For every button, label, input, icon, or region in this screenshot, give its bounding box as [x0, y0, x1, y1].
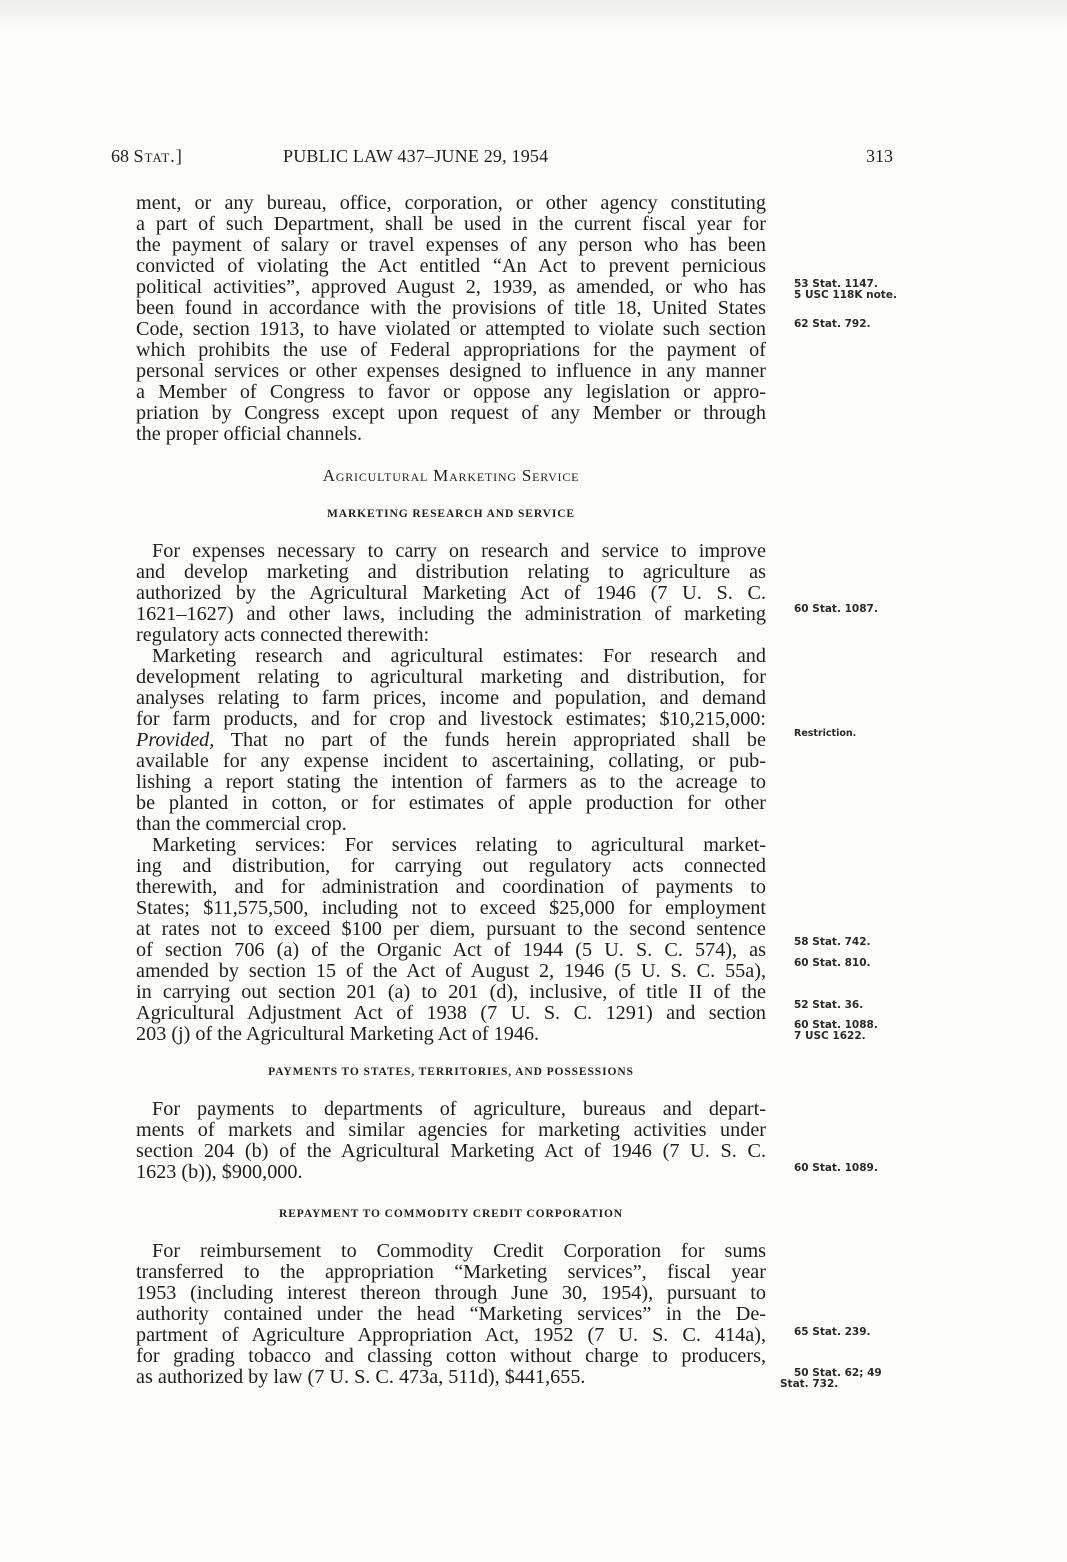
public-law-title: PUBLIC LAW 437–JUNE 29, 1954	[283, 146, 548, 167]
text-line: ment, or any bureau, office, corporation…	[136, 193, 766, 214]
margin-note-citation: 60 Stat. 1089.	[794, 1163, 878, 1174]
margin-note-citation: 58 Stat. 742.	[794, 937, 871, 948]
page-number: 313	[866, 146, 893, 167]
text-line: the payment of salary or travel expenses…	[136, 235, 766, 256]
section-heading-marketing-research: MARKETING RESEARCH AND SERVICE	[136, 508, 766, 520]
margin-note-citation: 50 Stat. 62; 49 Stat. 732.	[780, 1368, 882, 1390]
margin-note-restriction: Restriction.	[794, 728, 856, 739]
text-line: political activities”, approved August 2…	[136, 277, 766, 298]
text-line: States; $11,575,500, including not to ex…	[136, 898, 766, 919]
scan-edge-shadow	[0, 0, 1067, 30]
text-line: section 204 (b) of the Agricultural Mark…	[136, 1141, 766, 1162]
text-line: available for any expense incident to as…	[136, 751, 766, 772]
text-line: a part of such Department, shall be used…	[136, 214, 766, 235]
text-line: 1621–1627) and other laws, including the…	[136, 604, 766, 625]
text-line: 203 (j) of the Agricultural Marketing Ac…	[136, 1024, 766, 1045]
text-line: been found in accordance with the provis…	[136, 298, 766, 319]
text-line: ing and distribution, for carrying out r…	[136, 856, 766, 877]
text-line: than the commercial crop.	[136, 814, 766, 835]
text-line: authority contained under the head “Mark…	[136, 1304, 766, 1325]
running-head: 68 Stat.] PUBLIC LAW 437–JUNE 29, 1954 3…	[0, 146, 1067, 172]
text-line: for grading tobacco and classing cotton …	[136, 1346, 766, 1367]
margin-note-citation: 60 Stat. 1087.	[794, 604, 878, 615]
text-line: the proper official channels.	[136, 424, 766, 445]
section-heading-payments-to-states: PAYMENTS TO STATES, TERRITORIES, AND POS…	[136, 1066, 766, 1078]
text-line: therewith, and for administration and co…	[136, 877, 766, 898]
provided-italic: Provided,	[136, 729, 214, 751]
margin-note-citation: 62 Stat. 792.	[794, 319, 871, 330]
text-line: For payments to departments of agricultu…	[152, 1099, 766, 1120]
text-line: development relating to agricultural mar…	[136, 667, 766, 688]
text-line-provided: Provided, That no part of the funds here…	[136, 730, 766, 751]
text-line: lishing a report stating the intention o…	[136, 772, 766, 793]
text-line: priation by Congress except upon request…	[136, 403, 766, 424]
margin-note-citation: 60 Stat. 1088. 7 USC 1622.	[794, 1020, 878, 1042]
text-line: ments of markets and similar agencies fo…	[136, 1120, 766, 1141]
text-line: Agricultural Adjustment Act of 1938 (7 U…	[136, 1003, 766, 1024]
text-line: 1953 (including interest thereon through…	[136, 1283, 766, 1304]
text-line: personal services or other expenses desi…	[136, 361, 766, 382]
margin-note-citation: 53 Stat. 1147. 5 USC 118K note.	[794, 279, 897, 301]
agency-heading: Agricultural Marketing Service	[136, 466, 766, 486]
section-heading-repayment-ccc: REPAYMENT TO COMMODITY CREDIT CORPORATIO…	[136, 1208, 766, 1220]
text-line: authorized by the Agricultural Marketing…	[136, 583, 766, 604]
text-line: For expenses necessary to carry on resea…	[152, 541, 766, 562]
text-line: Marketing research and agricultural esti…	[152, 646, 766, 667]
text-line: at rates not to exceed $100 per diem, pu…	[136, 919, 766, 940]
text-line: as authorized by law (7 U. S. C. 473a, 5…	[136, 1367, 766, 1388]
margin-note-citation: 52 Stat. 36.	[794, 1000, 863, 1011]
text-line: be planted in cotton, or for estimates o…	[136, 793, 766, 814]
text-line: Code, section 1913, to have violated or …	[136, 319, 766, 340]
statute-page: 68 Stat.] PUBLIC LAW 437–JUNE 29, 1954 3…	[0, 0, 1067, 1562]
text-line: transferred to the appropriation “Market…	[136, 1262, 766, 1283]
margin-note-citation: 60 Stat. 810.	[794, 958, 871, 969]
text-line: of section 706 (a) of the Organic Act of…	[136, 940, 766, 961]
text-line: in carrying out section 201 (a) to 201 (…	[136, 982, 766, 1003]
text-line: which prohibits the use of Federal appro…	[136, 340, 766, 361]
text-line: analyses relating to farm prices, income…	[136, 688, 766, 709]
text-line: a Member of Congress to favor or oppose …	[136, 382, 766, 403]
text-line: For reimbursement to Commodity Credit Co…	[152, 1241, 766, 1262]
text-line: partment of Agriculture Appropriation Ac…	[136, 1325, 766, 1346]
text-line: Marketing services: For services relatin…	[152, 835, 766, 856]
text-line: 1623 (b)), $900,000.	[136, 1162, 766, 1183]
text-line: regulatory acts connected therewith:	[136, 625, 766, 646]
volume-citation: 68 Stat.]	[111, 146, 182, 167]
margin-note-citation: 65 Stat. 239.	[794, 1327, 871, 1338]
text-line: convicted of violating the Act entitled …	[136, 256, 766, 277]
text-line: and develop marketing and distribution r…	[136, 562, 766, 583]
text-line: for farm products, and for crop and live…	[136, 709, 766, 730]
text-line: amended by section 15 of the Act of Augu…	[136, 961, 766, 982]
